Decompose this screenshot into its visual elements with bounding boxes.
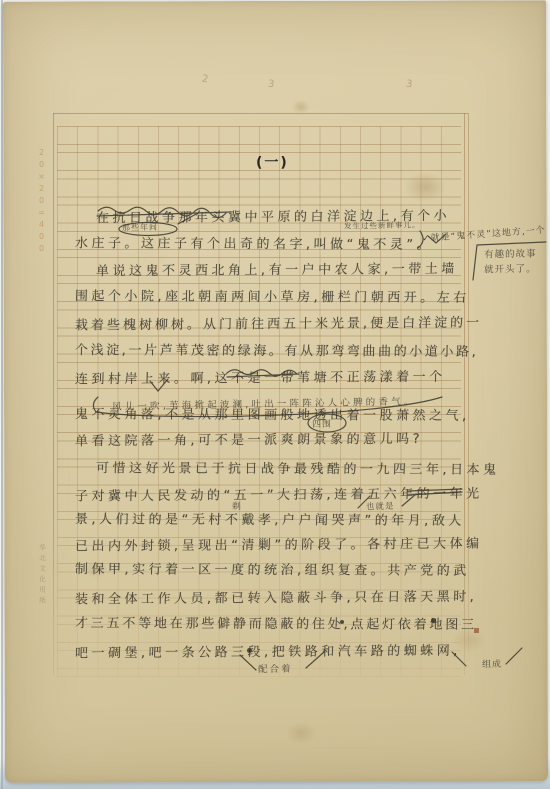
manuscript-line: 可惜这好光景已于抗日战争最残酷的一九四三年,日本鬼 — [96, 457, 500, 478]
red-collection-mark — [474, 628, 479, 633]
manuscript-line: 栽着些槐树柳树。从门前往西五十米光景,便是白洋淀的一 — [75, 312, 483, 334]
manuscript-line: 单看这院落一角,可不是一派爽朗景象的意儿吗? — [75, 428, 424, 449]
manuscript-line: 装和全体工作人员,都已转入隐蔽斗争,只在日落天黑时, — [75, 586, 478, 608]
manuscript-line: 才三五不等地在那些僻静而隐蔽的住处,点起灯依着地图三 — [75, 612, 477, 633]
manuscript-line: 吧一碉堡,吧一条公路三段,把铁路和汽车路的蜘蛛网, — [75, 640, 461, 662]
ink-blot — [247, 648, 252, 653]
interlinear-insertion: 也就是 — [366, 500, 395, 512]
manuscript-line: 围起个小院,座北朝南两间小草房,栅栏门朝西开。左右 — [75, 285, 470, 306]
interlinear-note: 发生过些新鲜事儿。 — [344, 219, 421, 231]
manuscript-line: 单说这鬼不灵西北角上,有一户中农人家,一带土墙 — [96, 258, 458, 280]
interlinear-insertion: 剃 — [232, 499, 242, 512]
printer-imprint: 华北文化用纸 — [38, 544, 47, 607]
manuscript-line: 景,人们过的是“无村不戴孝,户户闻哭声”的年月,敌人 — [75, 508, 465, 529]
correction-note: 配合着 — [258, 661, 293, 676]
manuscript-line: 制保甲,实行着一区一度的统治,组织复查。共产党的武 — [75, 558, 470, 579]
grid-spec-label: 20×20=400 — [37, 148, 46, 256]
manuscript-line: 水庄子。这庄子有个出奇的名字,叫做“鬼不灵”。 — [75, 232, 434, 253]
boxed-margin-note-line1: 有趣的故事 — [484, 246, 537, 261]
ink-blot — [340, 620, 344, 624]
manuscript-line: 个浅淀,一片芦苇茂密的绿海。有从那弯弯曲曲的小道小路, — [75, 339, 479, 360]
ink-blot — [431, 618, 436, 623]
boxed-margin-note-line2: 就开头了。 — [484, 261, 537, 276]
interlinear-replacement: 那些年间 — [122, 222, 158, 234]
circled-insertion: 四围 — [312, 417, 332, 430]
correction-note: 组成 — [482, 657, 502, 670]
manuscript-line: 子对冀中人民发动的“五一”大扫荡,连着五六年的一年光 — [75, 483, 483, 505]
scanned-manuscript-screenshot: { "document": { "type_label": "handwritt… — [0, 0, 550, 789]
manuscript-line: 连到村岸上来。啊,这不是一带苇塘不正荡漾着一个 — [75, 366, 446, 388]
grid-left-border — [53, 113, 54, 675]
manuscript-line: 已出内外封锁,呈现出“清剿”的阶段了。各村庄已大体编 — [75, 533, 483, 555]
grid-top-border — [53, 113, 468, 114]
section-heading: (一) — [256, 152, 289, 172]
